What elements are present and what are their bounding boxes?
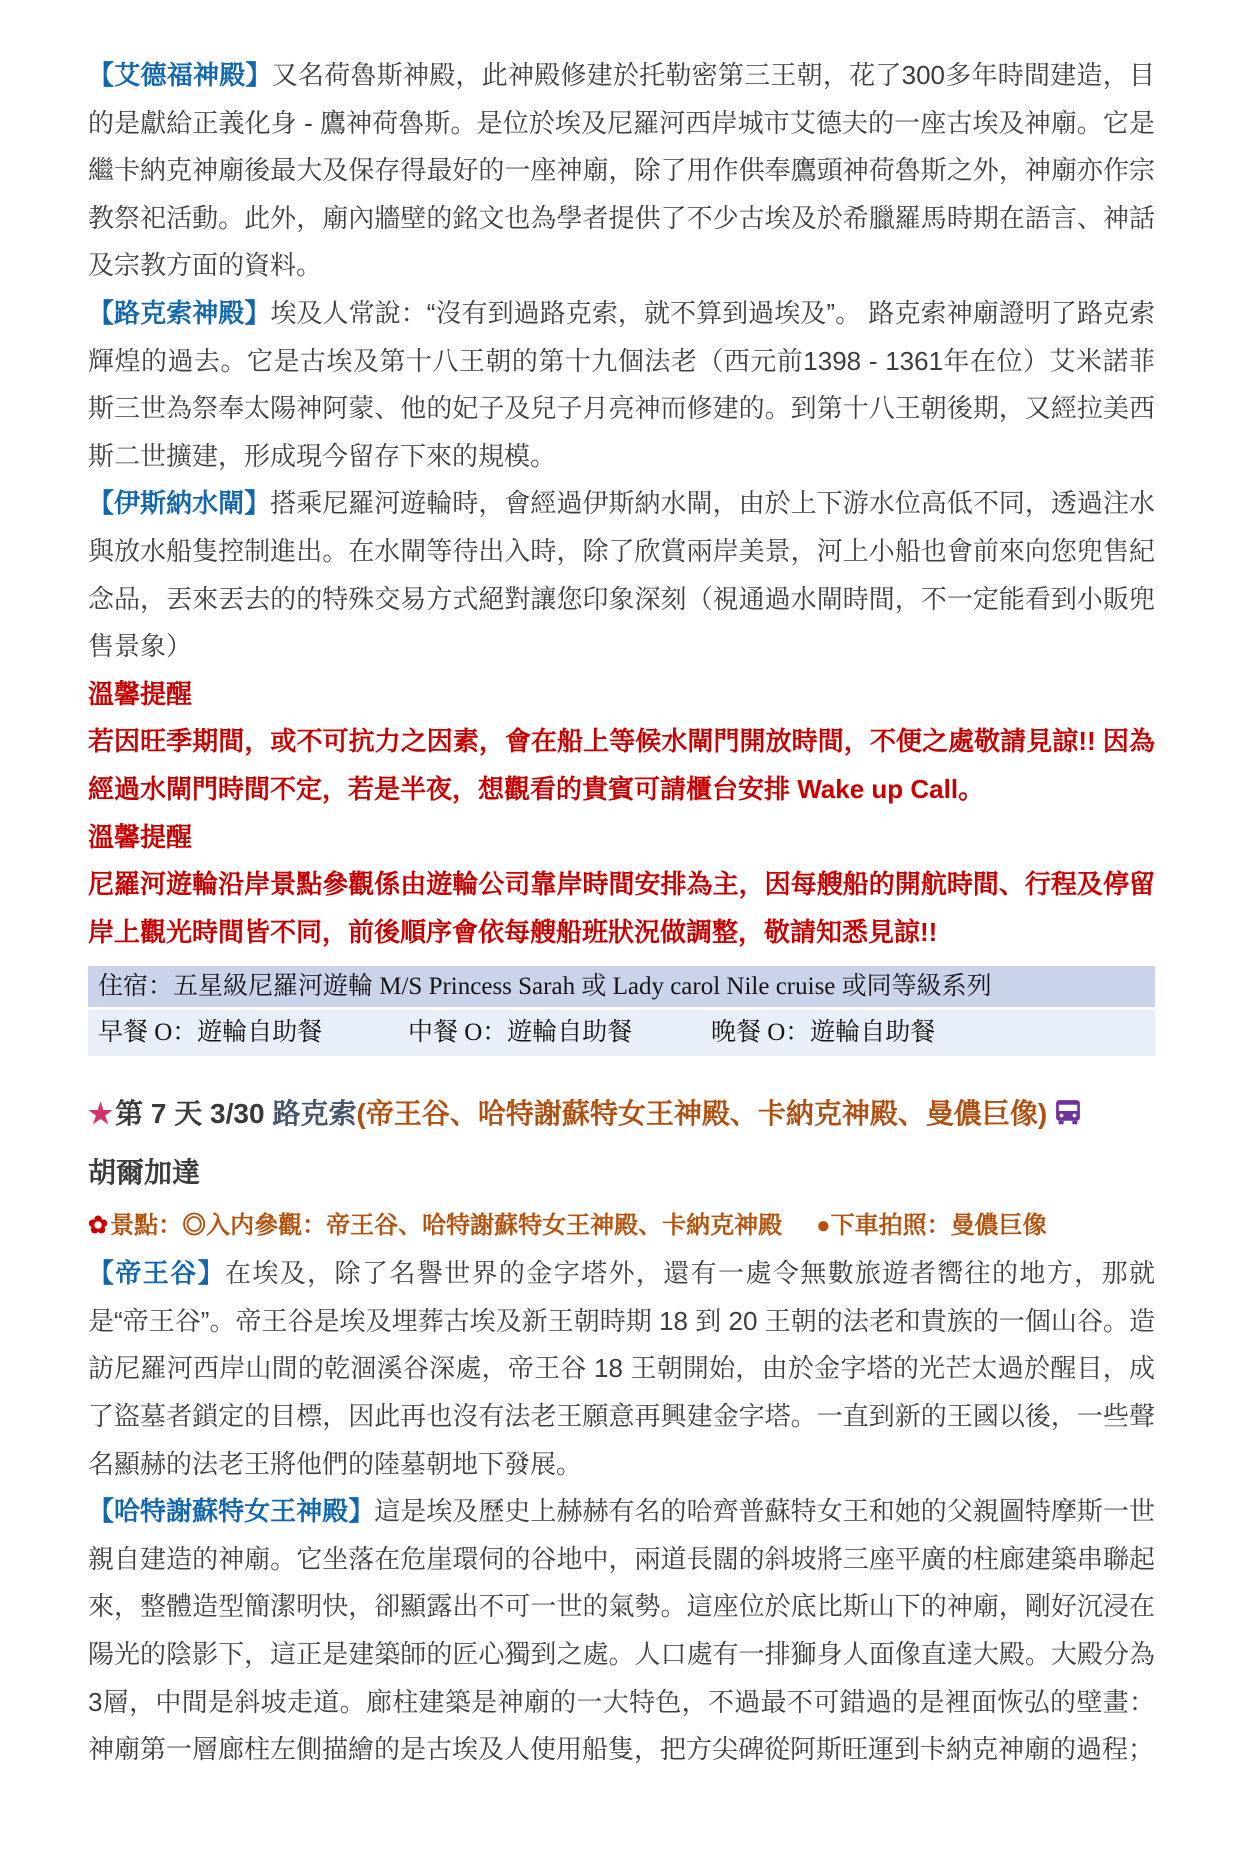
lodging-row: 住宿：五星級尼羅河遊輪 M/S Princess Sarah 或 Lady ca… <box>88 966 1155 1007</box>
sight-name-label: 【哈特謝蘇特女王神殿】 <box>88 1496 374 1526</box>
sight-paragraph-text: 這是埃及歷史上赫赫有名的哈齊普蘇特女王和她的父親圖特摩斯一世親自建造的神廟。它坐… <box>88 1496 1155 1764</box>
temple-paragraph-edfu: 【艾德福神殿】又名荷魯斯神殿，此神殿修建於托勒密第三王朝，花了300多年時間建造… <box>88 52 1155 290</box>
temple-name-label: 【艾德福神殿】 <box>88 60 272 90</box>
temple-paragraph-text: 又名荷魯斯神殿，此神殿修建於托勒密第三王朝，花了300多年時間建造，目的是獻給正… <box>88 60 1155 280</box>
bus-icon <box>1053 1090 1083 1145</box>
star-icon: ★ <box>88 1098 113 1129</box>
sights-line: ✿景點：◎入内參觀：帝王谷、哈特謝蘇特女王神殿、卡納克神殿●下車拍照：曼儂巨像 <box>88 1206 1155 1246</box>
day7-highlights: (帝王谷、哈特謝蘇特女王神殿、卡納克神殿、曼儂巨像) <box>357 1098 1048 1129</box>
day7-date: 第 7 天 3/30 <box>115 1098 264 1129</box>
itinerary-page: 【艾德福神殿】又名荷魯斯神殿，此神殿修建於托勒密第三王朝，花了300多年時間建造… <box>0 0 1241 1864</box>
lunch-cell: 中餐 O：遊輪自助餐 <box>408 1010 711 1056</box>
breakfast-cell: 早餐 O：遊輪自助餐 <box>98 1010 408 1056</box>
intro-section: 【艾德福神殿】又名荷魯斯神殿，此神殿修建於托勒密第三王朝，花了300多年時間建造… <box>88 52 1155 956</box>
dinner-cell: 晚餐 O：遊輪自助餐 <box>711 1010 935 1056</box>
sights-visit: ◎入内參觀：帝王谷、哈特謝蘇特女王神殿、卡納克神殿 <box>182 1213 782 1239</box>
day7-destination: 胡爾加達 <box>88 1157 200 1188</box>
temple-name-label: 【路克索神殿】 <box>88 298 270 328</box>
day7-heading: ★第 7 天 3/30路克索(帝王谷、哈特謝蘇特女王神殿、卡納克神殿、曼儂巨像)… <box>88 1086 1155 1200</box>
temple-paragraph-esna-lock: 【伊斯納水閘】搭乘尼羅河遊輪時，會經過伊斯納水閘，由於上下游水位高低不同，透過注… <box>88 480 1155 670</box>
sight-paragraph-hatshepsut: 【哈特謝蘇特女王神殿】這是埃及歷史上赫赫有名的哈齊普蘇特女王和她的父親圖特摩斯一… <box>88 1488 1155 1774</box>
sights-label: 景點： <box>110 1213 182 1239</box>
reminder-title: 溫馨提醒 <box>88 814 1155 862</box>
temple-name-label: 【伊斯納水閘】 <box>88 488 270 518</box>
sight-paragraph-text: 在埃及，除了名譽世界的金字塔外，還有一處令無數旅遊者嚮往的地方，那就是“帝王谷”… <box>88 1258 1155 1478</box>
sight-paragraph-valley-of-kings: 【帝王谷】在埃及，除了名譽世界的金字塔外，還有一處令無數旅遊者嚮往的地方，那就是… <box>88 1250 1155 1488</box>
sight-name-label: 【帝王谷】 <box>88 1258 225 1288</box>
meals-row: 早餐 O：遊輪自助餐 中餐 O：遊輪自助餐 晚餐 O：遊輪自助餐 <box>88 1010 1155 1056</box>
day7-city: 路克索 <box>273 1098 357 1129</box>
flower-icon: ✿ <box>88 1213 108 1239</box>
reminder-text: 尼羅河遊輪沿岸景點參觀係由遊輪公司靠岸時間安排為主，因每艘船的開航時間、行程及停… <box>88 861 1155 956</box>
lodging-text: 住宿：五星級尼羅河遊輪 M/S Princess Sarah 或 Lady ca… <box>98 973 992 1000</box>
temple-paragraph-luxor: 【路克索神殿】埃及人常說：“沒有到過路克索，就不算到過埃及”。 路克索神廟證明了… <box>88 290 1155 480</box>
reminder-title: 溫馨提醒 <box>88 671 1155 719</box>
reminder-text: 若因旺季期間，或不可抗力之因素，會在船上等候水閘門開放時間，不便之處敬請見諒!!… <box>88 718 1155 813</box>
day7-section: 【帝王谷】在埃及，除了名譽世界的金字塔外，還有一處令無數旅遊者嚮往的地方，那就是… <box>88 1250 1155 1774</box>
sights-photo: ●下車拍照：曼儂巨像 <box>816 1213 1047 1239</box>
